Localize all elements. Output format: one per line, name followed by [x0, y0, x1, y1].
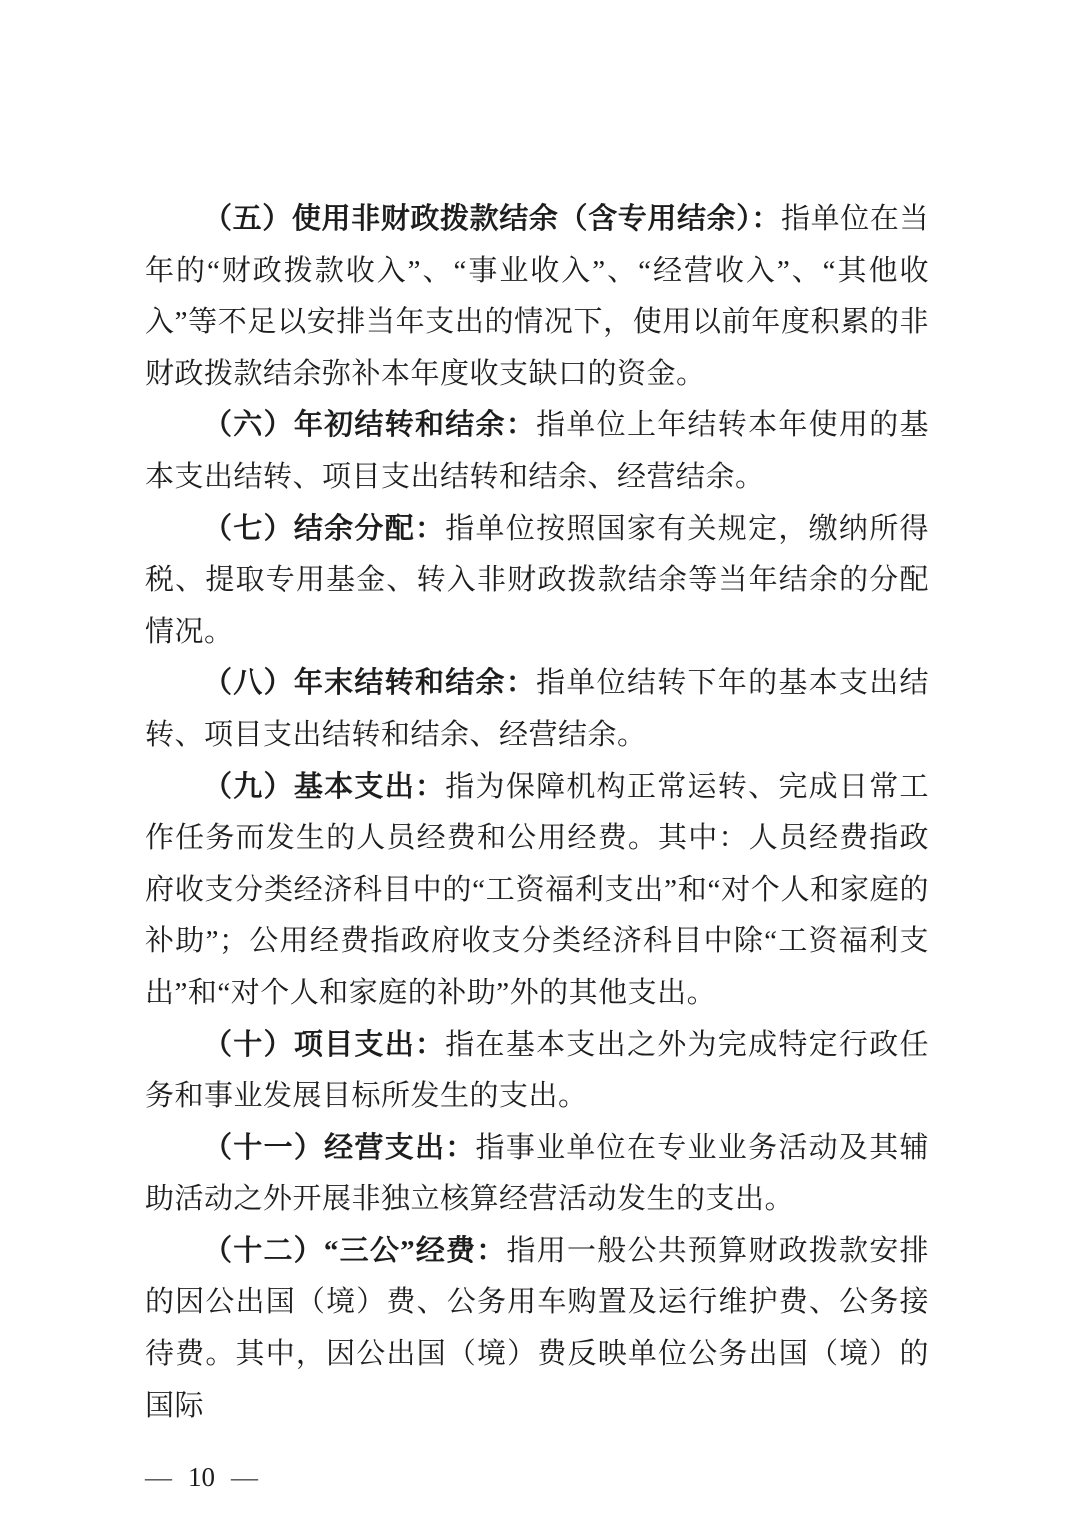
term-label: （六）年初结转和结余：: [203, 409, 536, 441]
paragraph-item-6: （六）年初结转和结余：指单位上年结转本年使用的基本支出结转、项目支出结转和结余、…: [145, 400, 929, 503]
term-label: （五）使用非财政拨款结余（含专用结余）：: [203, 203, 781, 235]
paragraph-item-10: （十）项目支出：指在基本支出之外为完成特定行政任务和事业发展目标所发生的支出。: [145, 1020, 929, 1123]
document-page: （五）使用非财政拨款结余（含专用结余）：指单位在当年的“财政拨款收入”、“事业收…: [0, 0, 1069, 1515]
paragraph-item-8: （八）年末结转和结余：指单位结转下年的基本支出结转、项目支出结转和结余、经营结余…: [145, 658, 929, 761]
paragraph-item-7: （七）结余分配：指单位按照国家有关规定，缴纳所得税、提取专用基金、转入非财政拨款…: [145, 504, 929, 659]
term-label: （七）结余分配：: [203, 513, 445, 545]
footer-right-dash: —: [231, 1462, 258, 1493]
term-label: （十二）“三公”经费：: [203, 1235, 507, 1267]
paragraph-item-12: （十二）“三公”经费：指用一般公共预算财政拨款安排的因公出国（境）费、公务用车购…: [145, 1226, 929, 1432]
text-column: （五）使用非财政拨款结余（含专用结余）：指单位在当年的“财政拨款收入”、“事业收…: [145, 194, 929, 1432]
term-label: （九）基本支出：: [203, 771, 445, 803]
term-label: （八）年末结转和结余：: [203, 667, 536, 699]
term-label: （十）项目支出：: [203, 1029, 445, 1061]
page-number: 10: [188, 1462, 215, 1493]
paragraph-item-9: （九）基本支出：指为保障机构正常运转、完成日常工作任务而发生的人员经费和公用经费…: [145, 762, 929, 1020]
page-footer: — 10 —: [145, 1462, 258, 1493]
paragraph-item-11: （十一）经营支出：指事业单位在专业业务活动及其辅助活动之外开展非独立核算经营活动…: [145, 1123, 929, 1226]
footer-left-dash: —: [145, 1462, 172, 1493]
definition-text: 指为保障机构正常运转、完成日常工作任务而发生的人员经费和公用经费。其中：人员经费…: [145, 771, 929, 1009]
term-label: （十一）经营支出：: [203, 1132, 476, 1164]
paragraph-item-5: （五）使用非财政拨款结余（含专用结余）：指单位在当年的“财政拨款收入”、“事业收…: [145, 194, 929, 400]
